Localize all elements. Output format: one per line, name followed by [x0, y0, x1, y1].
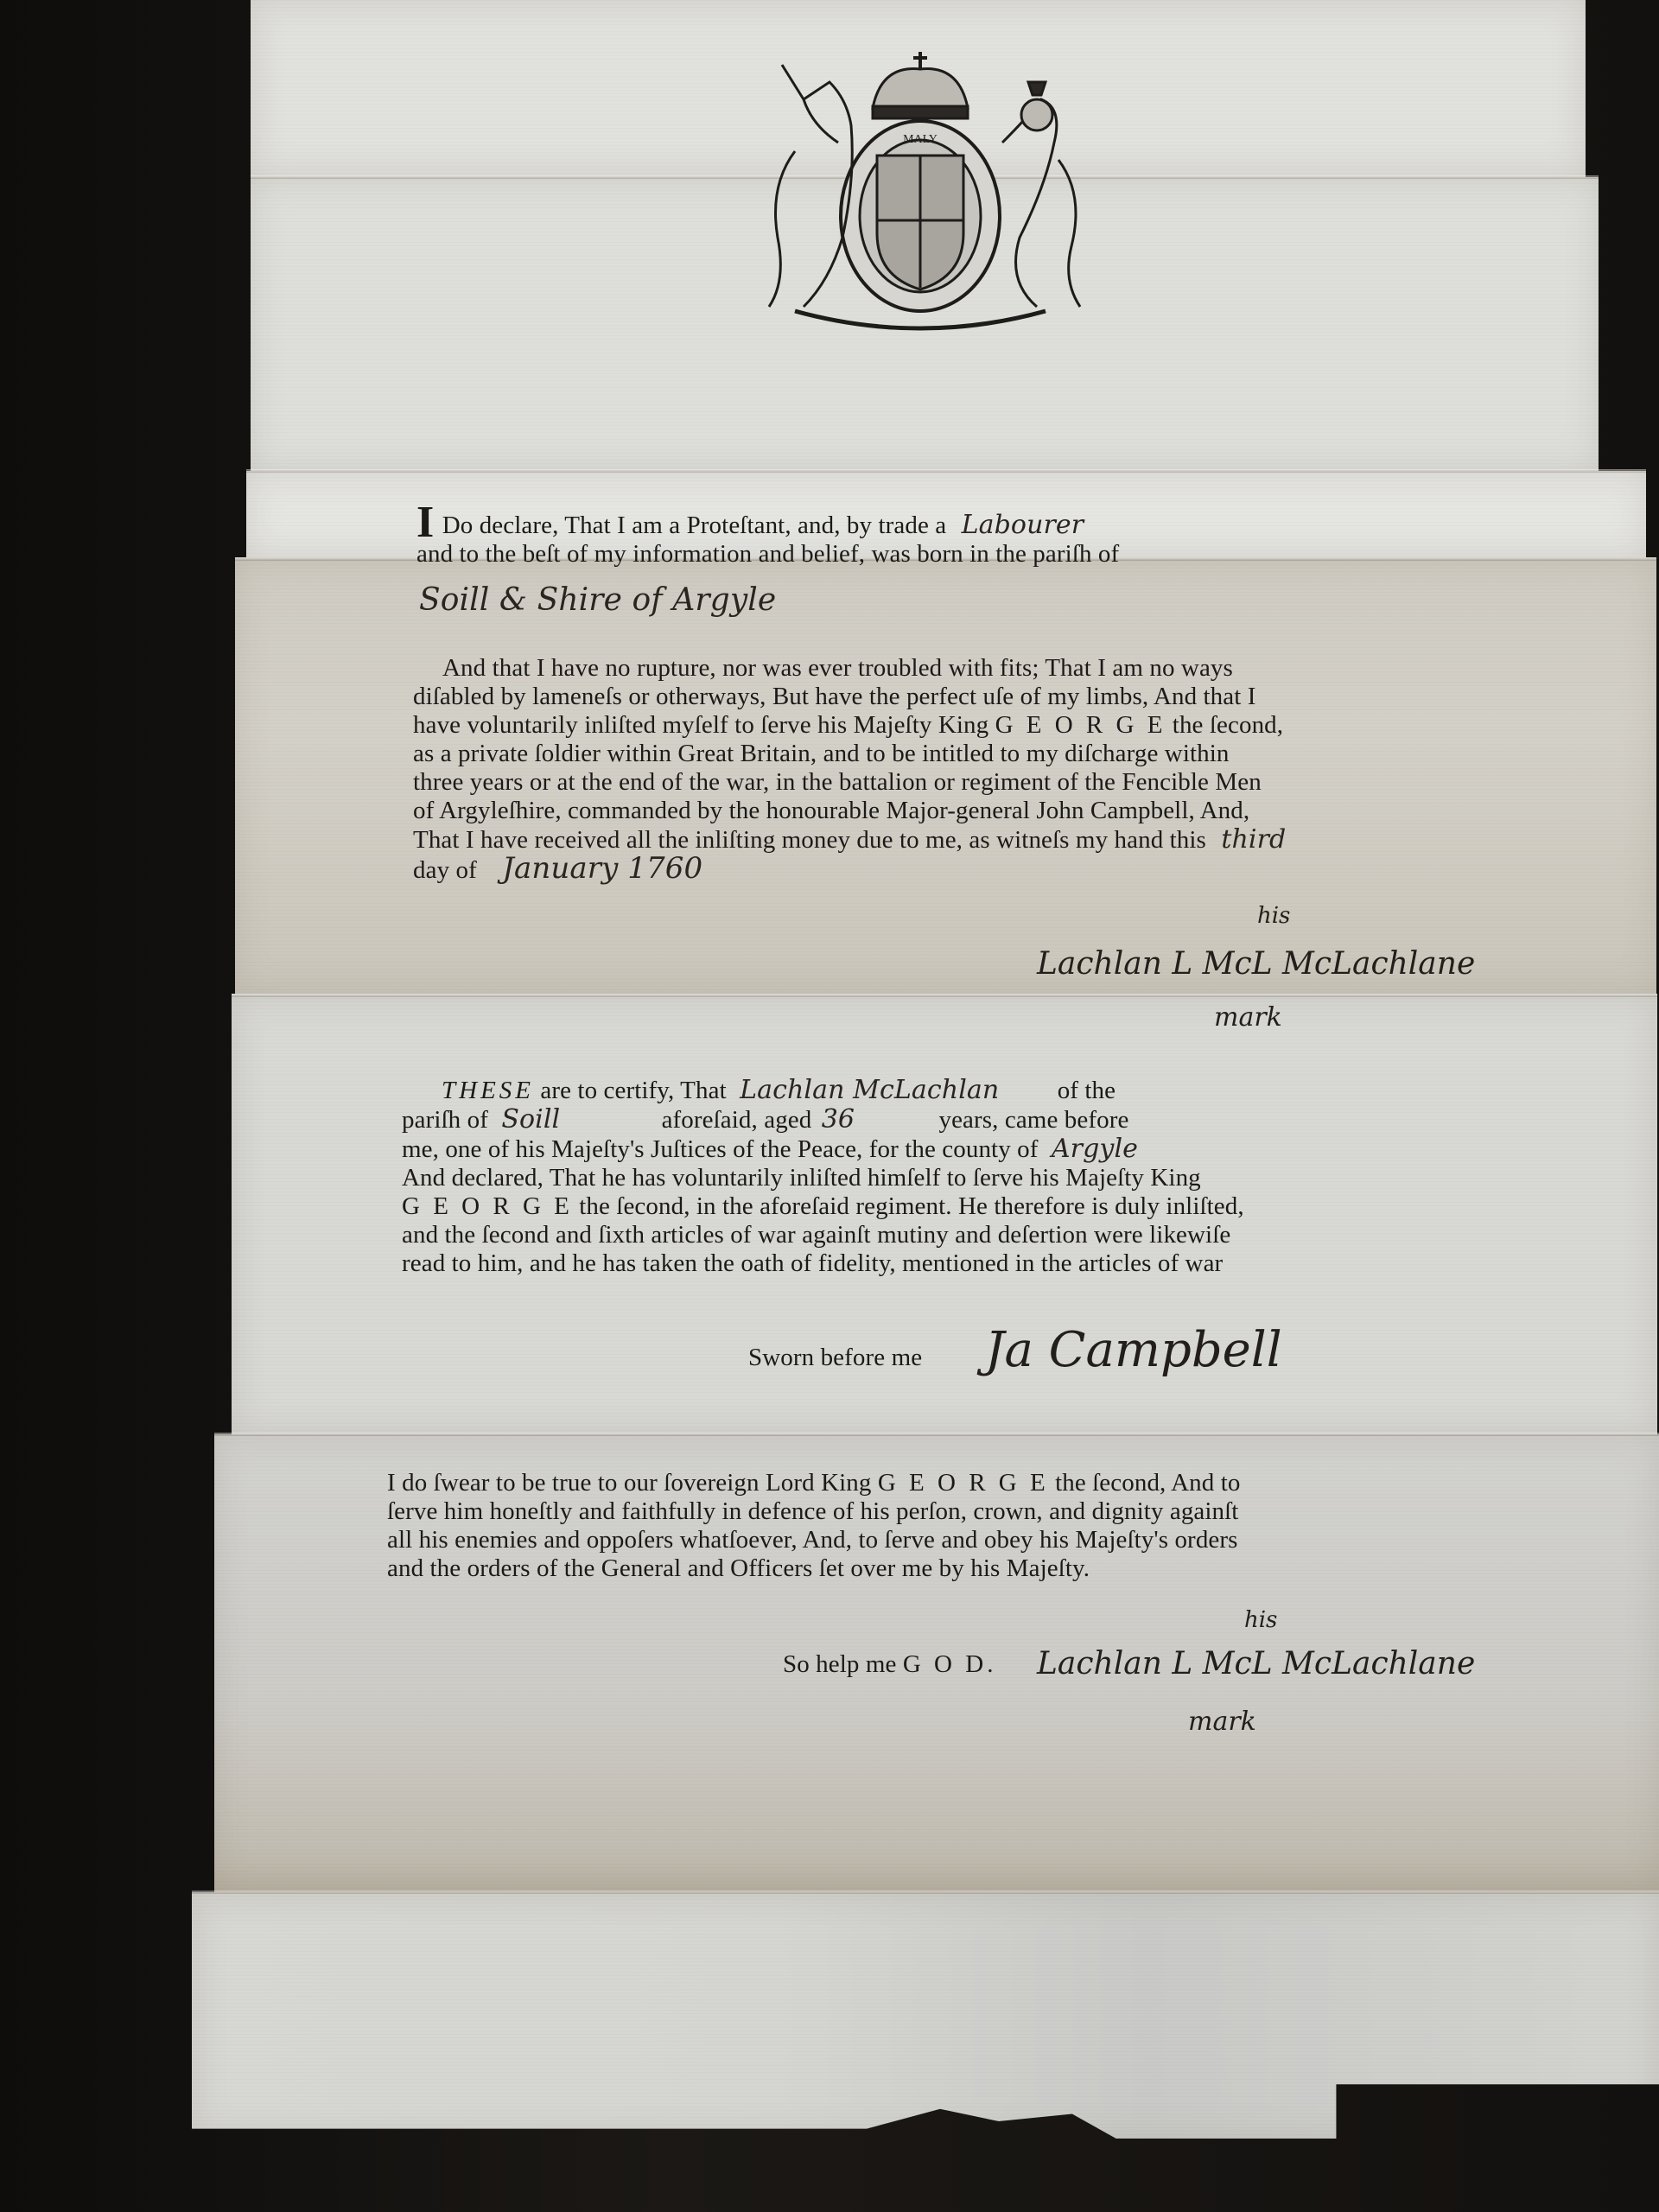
body-line-6: of Argyleſhire, commanded by the honoura…	[413, 797, 1286, 825]
day-handwritten: third	[1221, 824, 1286, 855]
body-line-8: day of	[413, 856, 477, 884]
photo-stage: MALY I Do declare, That I am a Proteſtan…	[0, 0, 1659, 2212]
fold-line	[192, 1891, 1659, 1894]
oath-line-1: I do ſwear to be true to our ſovereign L…	[387, 1469, 871, 1497]
cert-line-2-mid: aforeſaid, aged	[662, 1106, 812, 1134]
king-george: G E O R G E	[878, 1469, 1049, 1497]
oath-line-1-end: the ſecond, And to	[1055, 1469, 1240, 1497]
fold-line	[232, 994, 1657, 997]
svg-text:MALY: MALY	[903, 133, 938, 146]
cert-line-7: read to him, and he has taken the oath o…	[402, 1249, 1244, 1278]
cert-line-2-end: years, came before	[938, 1106, 1128, 1134]
certificate-body: THESE are to certify, That Lachlan McLac…	[402, 1076, 1244, 1278]
body-line-2: diſabled by lameneſs or otherways, But h…	[413, 683, 1286, 711]
recruit-signature-2: Lachlan L McL McLachlane	[1037, 1646, 1475, 1681]
recruit-signature-mark: mark	[1214, 1002, 1282, 1033]
royal-coat-of-arms-icon: MALY	[743, 48, 1097, 341]
birth-parish-handwritten: Soill & Shire of Argyle	[419, 586, 776, 614]
declaration-line-1: Do declare, That I am a Proteſtant, and,…	[442, 512, 947, 539]
justice-signature: Ja Campbell	[985, 1322, 1282, 1378]
body-line-3: have voluntarily inliſted myſelf to ſerv…	[413, 711, 988, 739]
king-george: G E O R G E	[995, 711, 1166, 739]
body-line-4: as a private ſoldier within Great Britai…	[413, 740, 1286, 768]
king-suffix: the ſecond,	[1173, 711, 1283, 739]
god: G O D.	[903, 1650, 997, 1678]
cert-line-1: are to certify, That	[540, 1077, 726, 1104]
recruit-signature-his: his	[1257, 903, 1290, 929]
cert-line-4: And declared, That he has voluntarily in…	[402, 1164, 1244, 1192]
age-handwritten: 36	[822, 1104, 855, 1135]
cert-line-3: me, one of his Majeſty's Juſtices of the…	[402, 1135, 1039, 1163]
oath-line-3: all his enemies and oppoſers whatſoever,…	[387, 1526, 1241, 1554]
cert-line-1-end: of the	[1058, 1077, 1116, 1104]
fold-line	[214, 1433, 1659, 1436]
cert-line-5: the ſecond, in the aforeſaid regiment. H…	[579, 1192, 1244, 1220]
declaration-body: And that I have no rupture, nor was ever…	[413, 654, 1286, 885]
so-help-me: So help me	[783, 1650, 897, 1678]
paper-panel-bottom	[192, 1892, 1659, 2139]
oath-line-2: ſerve him honeſtly and faithfully in def…	[387, 1497, 1241, 1526]
declaration-opening: I Do declare, That I am a Proteſtant, an…	[416, 505, 1119, 569]
recruit-name-handwritten: Lachlan McLachlan	[740, 1075, 999, 1105]
king-george: G E O R G E	[402, 1192, 573, 1220]
parish-handwritten: Soill	[501, 1104, 560, 1135]
body-line-5: three years or at the end of the war, in…	[413, 768, 1286, 797]
cert-line-6: and the ſecond and ſixth articles of war…	[402, 1221, 1244, 1249]
body-line-1: And that I have no rupture, nor was ever…	[413, 654, 1286, 683]
body-line-7: That I have received all the inliſting m…	[413, 826, 1206, 854]
declaration-line-2: and to the beſt of my information and be…	[416, 540, 1119, 569]
these-heading: THESE	[442, 1077, 534, 1104]
month-year-handwritten: January 1760	[502, 851, 702, 886]
recruit-signature-mark-2: mark	[1188, 1707, 1256, 1737]
recruit-signature-1: Lachlan L McL McLachlane	[1037, 946, 1475, 982]
trade-handwritten: Labourer	[962, 510, 1084, 540]
fold-line	[246, 469, 1646, 473]
sworn-before-label: Sworn before me	[748, 1344, 922, 1372]
oath-body: I do ſwear to be true to our ſovereign L…	[387, 1469, 1241, 1583]
oath-closing: So help me G O D.	[783, 1650, 996, 1679]
county-handwritten: Argyle	[1052, 1134, 1138, 1164]
recruit-signature-his-2: his	[1244, 1607, 1277, 1633]
oath-line-4: and the orders of the General and Office…	[387, 1554, 1241, 1583]
cert-line-2-start: pariſh of	[402, 1106, 488, 1134]
